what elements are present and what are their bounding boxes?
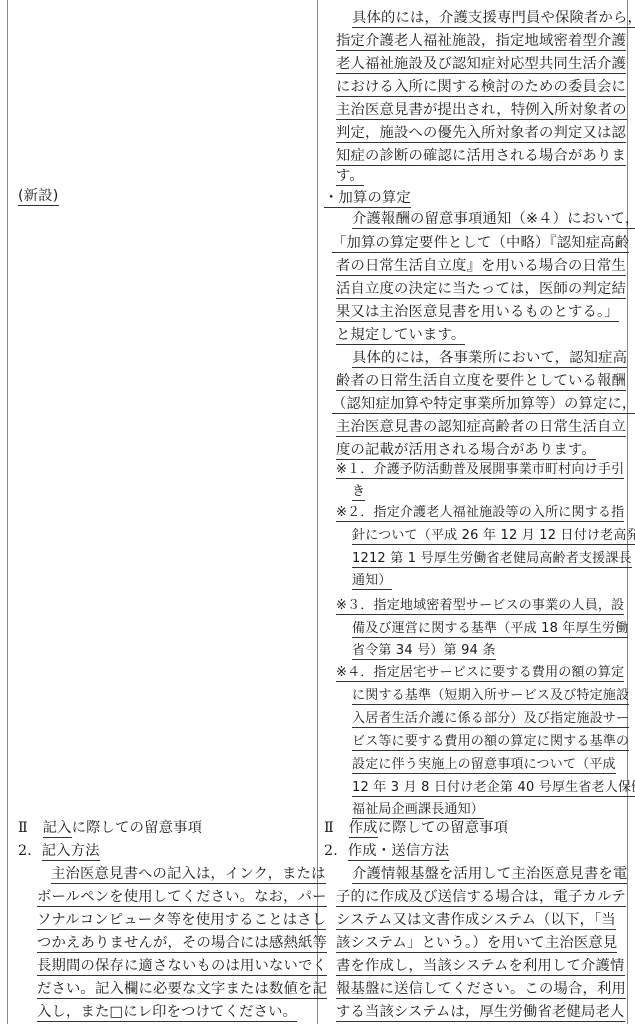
para3-line: （認知症加算や特定事業所加算等）の算定に， [332,396,635,414]
body-line: 入し，また□にレ印をつけてください。 [37,1004,297,1022]
note-3: ※３．指定地域密着型サービスの事業の人員，設 [336,596,624,616]
note-line: 指定介護老人福祉施設等の入所に関する指 [374,505,625,520]
section-numeral: Ⅱ [18,820,28,836]
para1-line: 具体的には，介護支援専門員や保険者から， [352,10,635,28]
note-line: き [352,484,365,501]
note-mark: ※２． [336,505,374,520]
left-column-old-text: (新設) Ⅱ 記入に際しての留意事項 2．記入方法 主治医意見書への記入は，イン… [8,0,317,1024]
section-heading-rest: に際しての留意事項 [72,820,202,836]
note-line: 12 年 3 月 8 日付け老企第 40 号厚生省老人保健 [352,780,635,797]
body-line: 主治医意見書への記入は，インク，または [51,866,326,884]
subsection-title: 作成・送信方法 [348,843,449,861]
para3-line: 齢者の日常生活自立度を要件としている報酬 [336,373,626,391]
body-line: する当該システムは，厚生労働省老健局老人 [336,1004,625,1022]
note-line: 福祉局企画課長通知） [352,802,484,819]
note-line: 針について（平成 26 年 12 月 12 日付け老高発 [352,528,635,545]
subsection-number: 2． [18,843,42,859]
section-heading: Ⅱ 記入に際しての留意事項 [18,818,202,838]
body-line: システム又は文書作成システム（以下，「当 [336,912,616,930]
subsection-number: 2． [324,843,348,859]
note-line: 入居者生活介護に係る部分）及び指定施設サー [352,711,629,728]
note-4: ※４．指定居宅サービスに要する費用の額の算定 [336,663,624,683]
para1-line: 指定介護老人福祉施設，指定地域密着型介護 [336,33,626,51]
body-line: ソナルコンピュータ等を使用することはさし [37,912,326,930]
body-line: 報基盤に送信してください。この場合，利用 [336,981,626,999]
subsection-heading: 2．作成・送信方法 [324,841,449,861]
note-line: 指定地域密着型サービスの事業の人員，設 [374,598,625,613]
note-1: ※１．介護予防活動普及展開事業市町村向け手引 [336,460,624,480]
para3-line: 度の記載が活用される場合があります。 [336,442,596,460]
section-heading-rest: に際しての留意事項 [378,820,508,836]
para2-line: 者の日常生活自立度』を用いる場合の日常生 [336,258,626,276]
para2-line: 介護報酬の留意事項通知（※４）において， [352,211,635,229]
note-mark: ※１． [336,462,374,477]
note-line: ビス等に要する費用の額の算定に関する基準の [352,734,629,751]
section-heading-underlined: 作成 [349,820,378,838]
para1-line: における入所に関する検討のための委員会に [336,79,626,97]
note-mark: ※３． [336,598,374,613]
subsection-heading: 2．記入方法 [18,841,100,861]
note-line: 指定居宅サービスに要する費用の額の算定 [374,665,625,680]
para1-line: 主治医意見書が提出され，特例入所対象者の [336,102,627,120]
para2-line: 果又は主治医意見書を用いるものとする。」 [336,304,619,322]
para1-line: 判定，施設への優先入所対象者の判定又は認 [336,125,626,143]
note-line: に関する基準（短期入所サービス及び特定施設 [352,688,629,705]
para2-line: 活自立度の決定に当たっては，医師の判定結 [336,281,626,299]
para2-line: と規定しています。 [336,327,465,345]
note-line: 介護予防活動普及展開事業市町村向け手引 [374,462,625,477]
para1-line: 老人福祉施設及び認知症対応型共同生活介護 [336,56,626,74]
section-heading-underlined: 記入 [43,820,72,838]
section-numeral: Ⅱ [324,820,334,836]
para1-line: 知症の診断の確認に活用される場合がありま [336,148,626,166]
note-line: 省令第 34 号）第 94 条 [352,643,496,660]
subsection-title: 記入方法 [42,843,100,861]
body-line: つかえありませんが，その場合には感熱紙等 [37,935,327,953]
note-mark: ※４． [336,665,374,680]
body-line: 介護情報基盤を活用して主治医意見書を電 [352,866,627,884]
note-line: 設定に伴う実施上の留意事項について（平成 [352,757,616,774]
body-line: 該システム」という。）を用いて主治医意見 [336,935,617,953]
para3-line: 具体的には，各事業所において，認知症高 [352,350,627,368]
note-line: 備及び運営に関する基準（平成 18 年厚生労働 [352,621,628,638]
para2-line: 「加算の算定要件として（中略）『認知症高齢 [332,235,629,253]
document-page: (新設) Ⅱ 記入に際しての留意事項 2．記入方法 主治医意見書への記入は，イン… [0,0,635,1024]
body-line: 長期間の保存に適さないものは用いないでく [37,958,327,976]
note-2: ※２．指定介護老人福祉施設等の入所に関する指 [336,503,624,523]
section-heading: Ⅱ 作成に際しての留意事項 [324,818,508,838]
bullet-heading: ・加算の算定 [324,190,411,208]
para1-line: す。 [336,168,364,186]
body-line: ださい。記入欄に必要な文字または数値を記 [37,981,327,999]
body-line: ボールペンを使用してください。なお，パー [37,889,327,907]
new-label: (新設) [18,188,59,206]
note-line: 通知） [352,573,392,590]
para3-line: 主治医意見書の認知症高齢者の日常生活自立 [336,419,626,437]
body-line: 書を作成し，当該システムを利用して介護情 [336,958,625,976]
note-line: 1212 第 1 号厚生労働省老健局高齢者支援課長 [352,551,632,568]
right-column-new-text: 具体的には，介護支援専門員や保険者から， 指定介護老人福祉施設，指定地域密着型介… [318,0,627,1024]
body-line: 子的に作成及び送信する場合は，電子カルテ [336,889,626,907]
